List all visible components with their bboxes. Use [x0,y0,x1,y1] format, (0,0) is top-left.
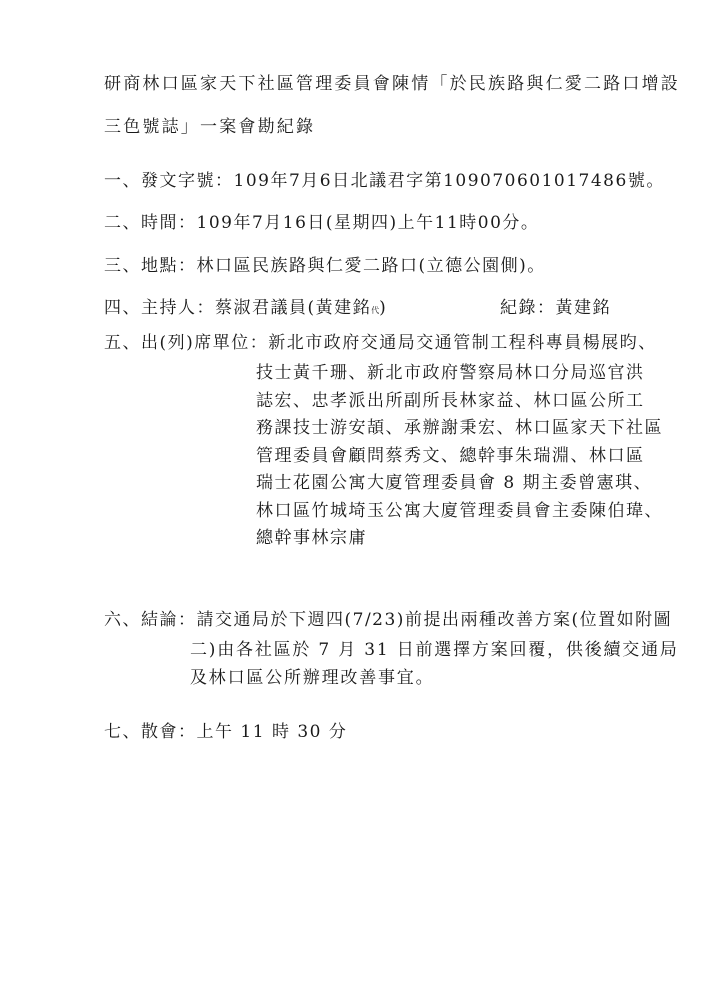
item-value: 新北市政府交通局交通管制工程科專員楊展昀、 [268,333,657,353]
document-title-line-1: 研商林口區家天下社區管理委員會陳情「於民族路與仁愛二路口增設 [104,74,680,94]
attendees-line: 管理委員會顧問蔡秀文、總幹事朱瑞淵、林口區 [256,443,663,471]
attendees-list: 技士黃千珊、新北市政府警察局林口分局巡官洪 誌宏、忠孝派出所副所長林家益、林口區… [256,360,663,553]
item-label: 四、主持人： [104,298,215,318]
conclusion-line: 及林口區公所辦理改善事宜。 [190,665,679,693]
item-label: 二、時間： [104,213,197,233]
attendees-line: 務課技士游安頡、承辦謝秉宏、林口區家天下社區 [256,415,663,443]
attendees-line: 誌宏、忠孝派出所副所長林家益、林口區公所工 [256,388,663,416]
attendees-line: 林口區竹城埼玉公寓大廈管理委員會主委陳伯瑋、 [256,498,663,526]
document-title-line-2: 三色號誌」一案會勘紀錄 [104,117,315,137]
conclusion-text: 二)由各社區於 7 月 31 日前選擇方案回覆，供後續交通局 及林口區公所辦理改… [190,637,679,692]
item-document-number: 一、發文字號：109年7月6日北議君字第109070601017486號。 [104,171,665,191]
item-attendees: 五、出(列)席單位：新北市政府交通局交通管制工程科專員楊展昀、 [104,333,657,353]
item-location: 三、地點：林口區民族路與仁愛二路口(立德公園側)。 [104,256,546,276]
item-label: 三、地點： [104,256,197,276]
item-host: 四、主持人：蔡淑君議員(黃建銘代) [104,298,387,321]
item-time: 二、時間：109年7月16日(星期四)上午11時00分。 [104,213,539,233]
item-label: 七、散會： [104,722,197,742]
item-conclusion: 六、結論：請交通局於下週四(7/23)前提出兩種改善方案(位置如附圖 [104,610,672,630]
item-value: 請交通局於下週四(7/23)前提出兩種改善方案(位置如附圖 [197,610,673,630]
item-label: 六、結論： [104,610,197,630]
item-value: 109年7月16日(星期四)上午11時00分。 [197,213,540,233]
attendees-line: 瑞士花園公寓大廈管理委員會 8 期主委曾憲琪、 [256,470,663,498]
attendees-line: 技士黃千珊、新北市政府警察局林口分局巡官洪 [256,360,663,388]
item-value-close: ) [379,298,387,318]
item-value: 蔡淑君議員(黃建銘 [215,298,371,318]
recorder: 紀錄：黃建銘 [500,298,611,318]
item-value: 上午 11 時 30 分 [197,722,348,742]
item-value: 109年7月6日北議君字第109070601017486號。 [234,171,665,191]
proxy-mark: 代 [371,306,379,315]
item-adjournment: 七、散會：上午 11 時 30 分 [104,722,347,742]
attendees-line: 總幹事林宗庸 [256,525,663,553]
item-label: 一、發文字號： [104,171,234,191]
item-value: 林口區民族路與仁愛二路口(立德公園側)。 [197,256,546,276]
item-label: 五、出(列)席單位： [104,333,268,353]
conclusion-line: 二)由各社區於 7 月 31 日前選擇方案回覆，供後續交通局 [190,637,679,665]
